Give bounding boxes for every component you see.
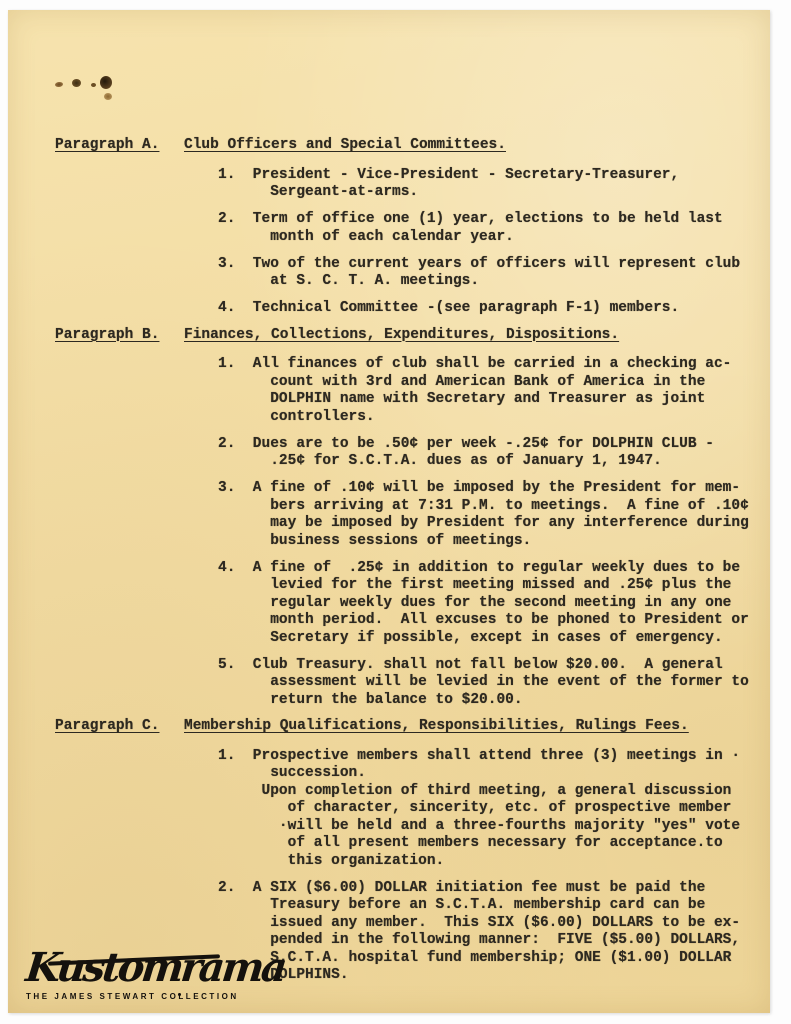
section-head: Paragraph B. Finances, Collections, Expe… (55, 327, 756, 345)
list-item: 4. Technical Committee -(see paragraph F… (218, 300, 756, 318)
section-heading: Club Officers and Special Committees. (184, 137, 506, 155)
list-item: 4. A fine of .25¢ in addition to regular… (218, 560, 756, 648)
paragraph-label: Paragraph B. (55, 327, 184, 345)
list-item: 3. A fine of .10¢ will be imposed by the… (218, 480, 756, 550)
document-body: Paragraph A. Club Officers and Special C… (55, 137, 756, 985)
section-head: Paragraph A. Club Officers and Special C… (55, 137, 756, 155)
section-head: Paragraph C. Membership Qualifications, … (55, 718, 756, 736)
list-item: 2. A SIX ($6.00) DOLLAR initiation fee m… (218, 880, 756, 985)
ink-stain (104, 93, 112, 100)
section-heading: Finances, Collections, Expenditures, Dis… (184, 327, 619, 345)
ink-stain (91, 83, 96, 87)
ink-stain (100, 76, 112, 89)
ink-stain (72, 79, 81, 87)
section-heading: Membership Qualifications, Responsibilit… (184, 718, 689, 736)
paragraph-label: Paragraph C. (55, 718, 184, 736)
list-item: 1. President - Vice-President - Secretar… (218, 167, 756, 202)
list-item: 3. Two of the current years of officers … (218, 256, 756, 291)
paragraph-a-section: Paragraph A. Club Officers and Special C… (55, 137, 756, 318)
item-list: 1. All finances of club shall be carried… (218, 356, 756, 709)
list-item: 1. Prospective members shall attend thre… (218, 748, 756, 871)
item-list: 1. Prospective members shall attend thre… (218, 748, 756, 985)
ink-stain (55, 81, 64, 87)
list-item: 2. Dues are to be .50¢ per week -.25¢ fo… (218, 436, 756, 471)
paragraph-b-section: Paragraph B. Finances, Collections, Expe… (55, 327, 756, 710)
kustomrama-watermark: Kustomrama THE JAMES STEWART COLLECTION (26, 946, 232, 1001)
scan-canvas: Paragraph A. Club Officers and Special C… (0, 0, 791, 1024)
paragraph-label: Paragraph A. (55, 137, 184, 155)
list-item: 2. Term of office one (1) year, election… (218, 211, 756, 246)
list-item: 1. All finances of club shall be carried… (218, 356, 756, 426)
logo-dot (178, 993, 181, 996)
list-item: 5. Club Treasury. shall not fall below $… (218, 657, 756, 710)
kustomrama-script-text: Kustomrama (24, 946, 235, 990)
item-list: 1. President - Vice-President - Secretar… (218, 167, 756, 318)
collection-tagline: THE JAMES STEWART COLLECTION (26, 992, 232, 1001)
paper-sheet: Paragraph A. Club Officers and Special C… (8, 10, 770, 1013)
